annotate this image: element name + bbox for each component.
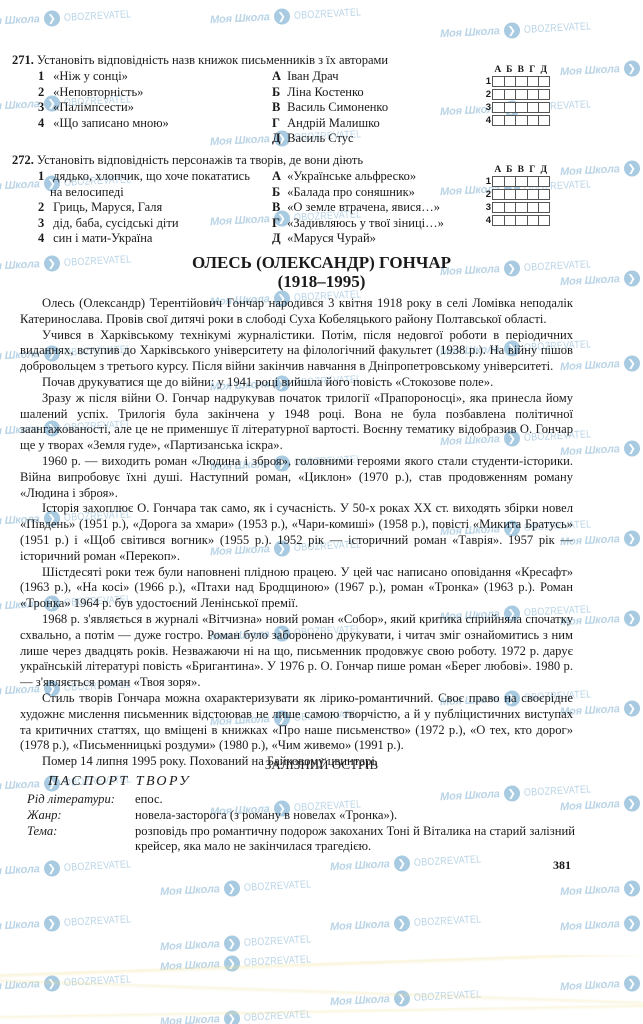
watermark-brand-text: OBOZREVATEL — [413, 913, 481, 929]
grid-row: 4 — [480, 214, 550, 227]
watermark-brand-text: OBOZREVATEL — [63, 913, 131, 929]
passport-value: новела-засторога (з роману в новелах «Тр… — [135, 808, 575, 824]
list-item: 3 дід, баба, сусідські діти — [38, 216, 250, 232]
grid-column-headers: АБВГД — [492, 163, 550, 175]
passport-row: Тема: розповідь про романтичну подорож з… — [27, 824, 575, 856]
answer-cell[interactable] — [538, 215, 550, 226]
task-number: 272. — [12, 153, 34, 167]
answer-grid: АБВГД1234 — [480, 63, 550, 127]
answer-cell[interactable] — [515, 102, 527, 113]
paragraph: 1968 р. з'являється в журналі «Вітчизна»… — [20, 612, 573, 691]
paragraph: Почав друкуватися ще до війни: у 1941 ро… — [20, 375, 573, 391]
paper-stain — [0, 955, 643, 1024]
paragraph: Історія захоплює О. Гончара так само, як… — [20, 501, 573, 564]
watermark: Моя Школа❯OBOZREVATEL — [0, 911, 143, 936]
grid-row-label: 4 — [480, 113, 492, 129]
list-item-continuation: на велосипеді — [38, 185, 250, 201]
paragraph: Олесь (Олександр) Терентійович Гончар на… — [20, 296, 573, 328]
watermark-school-text: Моя Школа — [0, 863, 40, 878]
obozrevatel-logo-icon: ❯ — [393, 855, 410, 872]
grid-column-label: Д — [538, 163, 550, 175]
answer-cell[interactable] — [504, 76, 516, 87]
watermark-brand-text: OBOZREVATEL — [523, 20, 591, 36]
answer-cell[interactable] — [504, 189, 516, 200]
paragraph: Зразу ж після війни О. Гончар надрукував… — [20, 391, 573, 454]
answer-cell[interactable] — [527, 202, 539, 213]
answer-cell[interactable] — [515, 76, 527, 87]
passport-row: Рід літератури: епос. — [27, 792, 575, 808]
answer-cell[interactable] — [527, 189, 539, 200]
answer-cell[interactable] — [538, 202, 550, 213]
list-item: 4 «Що записано мною» — [38, 116, 169, 132]
obozrevatel-logo-icon: ❯ — [273, 8, 290, 25]
passport-table: Рід літератури: епос. Жанр: новела-засто… — [27, 792, 575, 855]
task-272-right-column: А «Українське альфреско» Б «Балада про с… — [272, 169, 444, 247]
passport-label: Рід літератури: — [27, 792, 135, 808]
answer-cell[interactable] — [527, 102, 539, 113]
watermark-school-text: Моя Школа — [440, 25, 500, 40]
watermark-school-text: Моя Школа — [0, 178, 40, 193]
watermark: Моя Школа❯OBOZREVATEL — [210, 4, 374, 29]
obozrevatel-logo-icon: ❯ — [623, 440, 640, 457]
list-item: В «О земле втрачена, явися…» — [272, 200, 444, 216]
passport-value: епос. — [135, 792, 575, 808]
passport-label: Тема: — [27, 824, 135, 856]
grid-column-label: Б — [504, 63, 516, 75]
grid-column-label: В — [515, 163, 527, 175]
page-number: 381 — [553, 858, 571, 873]
answer-cell[interactable] — [515, 89, 527, 100]
watermark-school-text: Моя Школа — [0, 98, 40, 113]
list-item: 1 «Ніж у сонці» — [38, 69, 169, 85]
obozrevatel-logo-icon: ❯ — [623, 700, 640, 717]
obozrevatel-logo-icon: ❯ — [623, 795, 640, 812]
list-item: 3 «Палімпсести» — [38, 100, 169, 116]
answer-grid: АБВГД1234 — [480, 163, 550, 227]
watermark: Моя Школа❯OBOZREVATEL — [160, 876, 324, 901]
answer-cell[interactable] — [492, 102, 504, 113]
list-item: 4 син і мати-Україна — [38, 231, 250, 247]
watermark-school-text: Моя Школа — [210, 11, 270, 26]
paragraph: Учився в Харківському технікумі журналіс… — [20, 328, 573, 375]
obozrevatel-logo-icon: ❯ — [623, 880, 640, 897]
watermark: Моя Школа❯OBOZREVATEL — [160, 931, 324, 956]
task-271-left-column: 1 «Ніж у сонці» 2 «Неповторність» 3 «Пал… — [38, 69, 169, 131]
answer-cell[interactable] — [527, 115, 539, 126]
list-item: 1 дядько, хлопчик, що хоче покататись — [38, 169, 250, 185]
obozrevatel-logo-icon: ❯ — [43, 10, 60, 27]
watermark-school-text: Моя Школа — [0, 918, 40, 933]
list-item: 2 Гриць, Маруся, Галя — [38, 200, 250, 216]
watermark-school-text: Моя Школа — [0, 778, 40, 793]
watermark: Моя Школа❯OBOZREVATEL — [560, 911, 643, 936]
answer-cell[interactable] — [492, 202, 504, 213]
answer-cell[interactable] — [515, 176, 527, 187]
grid-column-label: А — [492, 63, 504, 75]
obozrevatel-logo-icon: ❯ — [223, 880, 240, 897]
answer-cell[interactable] — [504, 202, 516, 213]
watermark-brand-text: OBOZREVATEL — [63, 8, 131, 24]
watermark: Моя Школа❯OBOZREVATEL — [560, 156, 643, 181]
obozrevatel-logo-icon: ❯ — [43, 860, 60, 877]
grid-column-label: Б — [504, 163, 516, 175]
watermark-brand-text: OBOZREVATEL — [413, 853, 481, 869]
answer-cell[interactable] — [538, 176, 550, 187]
answer-cell[interactable] — [538, 102, 550, 113]
list-item: Г «Задивляюсь у твої зіниці…» — [272, 216, 444, 232]
watermark: Моя Школа❯OBOZREVATEL — [0, 6, 143, 31]
grid-column-label: А — [492, 163, 504, 175]
answer-cell[interactable] — [504, 89, 516, 100]
answer-cell[interactable] — [515, 202, 527, 213]
watermark-school-text: Моя Школа — [560, 63, 620, 78]
answer-cell[interactable] — [504, 102, 516, 113]
obozrevatel-logo-icon: ❯ — [623, 60, 640, 77]
answer-cell[interactable] — [527, 89, 539, 100]
bio-text: Олесь (Олександр) Терентійович Гончар на… — [20, 296, 573, 770]
grid-column-label: Д — [538, 63, 550, 75]
watermark-brand-text: OBOZREVATEL — [243, 933, 311, 949]
watermark-brand-text: OBOZREVATEL — [293, 6, 361, 22]
paragraph: Шістдесяті роки теж були наповнені плідн… — [20, 565, 573, 612]
list-item: 2 «Неповторність» — [38, 85, 169, 101]
list-item: Д Василь Стус — [272, 131, 388, 147]
answer-cell[interactable] — [538, 89, 550, 100]
work-title: ЗАЛІЗНИЙ ОСТРІВ — [0, 757, 643, 773]
obozrevatel-logo-icon: ❯ — [623, 160, 640, 177]
bio-years: (1918–1995) — [0, 272, 643, 291]
obozrevatel-logo-icon: ❯ — [393, 915, 410, 932]
answer-cell[interactable] — [504, 115, 516, 126]
list-item: В Василь Симоненко — [272, 100, 388, 116]
watermark: Моя Школа❯OBOZREVATEL — [0, 856, 143, 881]
passport-label: Жанр: — [27, 808, 135, 824]
obozrevatel-logo-icon: ❯ — [623, 610, 640, 627]
list-item: Г Андрій Малишко — [272, 116, 388, 132]
list-item: А Іван Драч — [272, 69, 388, 85]
task-272-left-column: 1 дядько, хлопчик, що хоче покататись на… — [38, 169, 250, 247]
answer-cell[interactable] — [492, 89, 504, 100]
passport-value: розповідь про романтичну подорож закохан… — [135, 824, 575, 856]
answer-cell[interactable] — [538, 189, 550, 200]
list-item: А «Українське альфреско» — [272, 169, 444, 185]
task-272-title: 272.Установіть відповідність персонажів … — [12, 153, 363, 169]
watermark-school-text: Моя Школа — [210, 133, 270, 148]
answer-cell[interactable] — [492, 115, 504, 126]
watermark-brand-text: OBOZREVATEL — [243, 878, 311, 894]
obozrevatel-logo-icon: ❯ — [503, 22, 520, 39]
answer-cell[interactable] — [527, 176, 539, 187]
watermark-brand-text: OBOZREVATEL — [63, 858, 131, 874]
task-271-title: 271.Установіть відповідність назв книжок… — [12, 53, 388, 69]
answer-cell[interactable] — [515, 215, 527, 226]
watermark-school-text: Моя Школа — [330, 918, 390, 933]
answer-cell[interactable] — [492, 76, 504, 87]
passport-row: Жанр: новела-засторога (з роману в новел… — [27, 808, 575, 824]
answer-cell[interactable] — [527, 76, 539, 87]
answer-cell[interactable] — [515, 115, 527, 126]
watermark-school-text: Моя Школа — [560, 918, 620, 933]
obozrevatel-logo-icon: ❯ — [223, 935, 240, 952]
grid-column-label: Г — [527, 163, 539, 175]
task-271-right-column: А Іван Драч Б Ліна Костенко В Василь Сим… — [272, 69, 388, 147]
answer-cell[interactable] — [492, 215, 504, 226]
grid-column-headers: АБВГД — [492, 63, 550, 75]
answer-cell[interactable] — [527, 215, 539, 226]
watermark-school-text: Моя Школа — [0, 13, 40, 28]
answer-cell[interactable] — [492, 189, 504, 200]
paragraph: 1960 р. — виходить роман «Людина і зброя… — [20, 454, 573, 501]
grid-row-label: 4 — [480, 213, 492, 229]
obozrevatel-logo-icon: ❯ — [43, 915, 60, 932]
watermark: Моя Школа❯OBOZREVATEL — [440, 18, 604, 43]
obozrevatel-logo-icon: ❯ — [623, 530, 640, 547]
bio-heading: ОЛЕСЬ (ОЛЕКСАНДР) ГОНЧАР — [0, 253, 643, 272]
watermark: Моя Школа❯OBOZREVATEL — [560, 56, 643, 81]
paragraph: Стиль творів Гончара можна охарактеризув… — [20, 691, 573, 754]
grid-column-label: В — [515, 63, 527, 75]
grid-row: 4 — [480, 114, 550, 127]
watermark-school-text: Моя Школа — [160, 883, 220, 898]
answer-cell[interactable] — [515, 189, 527, 200]
answer-cell[interactable] — [492, 176, 504, 187]
answer-cell[interactable] — [538, 115, 550, 126]
textbook-page: Моя Школа❯OBOZREVATELМоя Школа❯OBOZREVAT… — [0, 0, 643, 1024]
watermark: Моя Школа❯OBOZREVATEL — [560, 876, 643, 901]
watermark: Моя Школа❯OBOZREVATEL — [330, 911, 494, 936]
watermark-school-text: Моя Школа — [560, 163, 620, 178]
watermark-school-text: Моя Школа — [560, 883, 620, 898]
obozrevatel-logo-icon: ❯ — [623, 355, 640, 372]
list-item: Д «Маруся Чурай» — [272, 231, 444, 247]
obozrevatel-logo-icon: ❯ — [623, 915, 640, 932]
list-item: Б «Балада про соняшник» — [272, 185, 444, 201]
watermark-school-text: Моя Школа — [160, 938, 220, 953]
answer-cell[interactable] — [504, 176, 516, 187]
passport-title: ПАСПОРТ ТВОРУ — [48, 774, 191, 790]
grid-column-label: Г — [527, 63, 539, 75]
answer-cell[interactable] — [504, 215, 516, 226]
task-number: 271. — [12, 53, 34, 67]
list-item: Б Ліна Костенко — [272, 85, 388, 101]
watermark-school-text: Моя Школа — [330, 858, 390, 873]
answer-cell[interactable] — [538, 76, 550, 87]
